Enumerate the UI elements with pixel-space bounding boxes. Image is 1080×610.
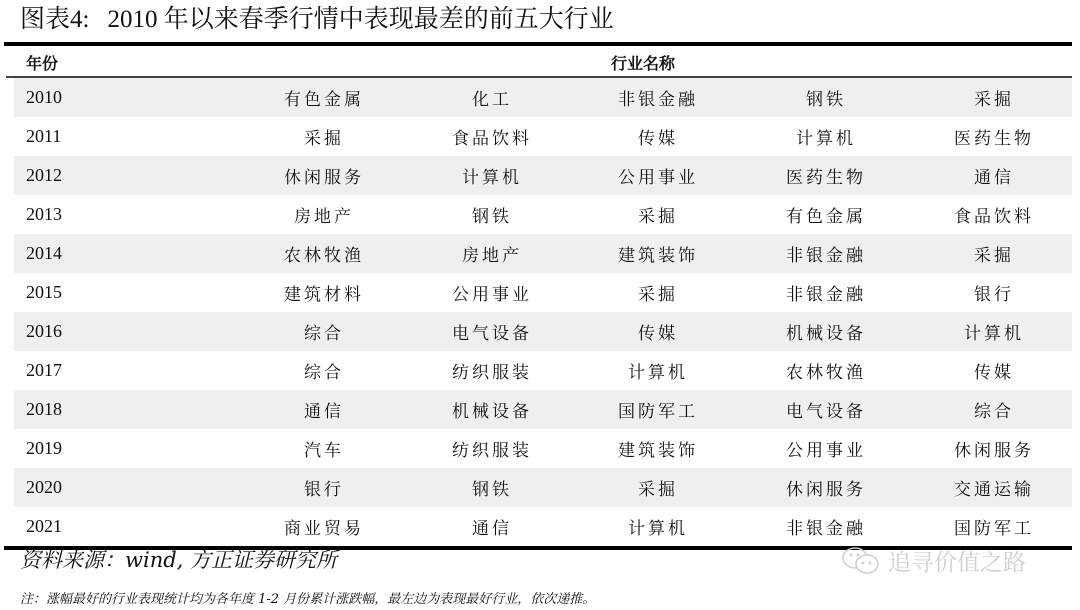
- year-cell: 2021: [14, 516, 239, 537]
- industry-cell: 综合: [914, 397, 1074, 422]
- year-cell: 2020: [14, 477, 239, 498]
- table-row: 2014农林牧渔房地产建筑装饰非银金融采掘: [14, 234, 1072, 273]
- industry-cell: 纺织服装: [412, 436, 572, 461]
- industry-cell: 化工: [412, 85, 572, 110]
- footnote: 注：涨幅最好的行业表现统计均为各年度 1-2 月份累计涨跌幅，最左边为表现最好行…: [20, 588, 595, 607]
- industry-cell: 建筑装饰: [578, 436, 738, 461]
- header-year: 年份: [26, 51, 58, 74]
- industry-cell: 公用事业: [578, 163, 738, 188]
- year-cell: 2019: [14, 438, 239, 459]
- industry-cell: 采掘: [914, 85, 1074, 110]
- industry-cell: 计算机: [412, 163, 572, 188]
- industry-cell: 医药生物: [746, 163, 906, 188]
- industry-cell: 建筑装饰: [578, 241, 738, 266]
- industry-cell: 休闲服务: [746, 475, 906, 500]
- year-cell: 2013: [14, 204, 239, 225]
- industry-cell: 银行: [244, 475, 404, 500]
- industry-cell: 交通运输: [914, 475, 1074, 500]
- industry-cell: 传媒: [578, 124, 738, 149]
- table-row: 2020银行钢铁采掘休闲服务交通运输: [14, 468, 1072, 507]
- industry-cell: 电气设备: [746, 397, 906, 422]
- watermark: 追寻价值之路: [840, 544, 1026, 577]
- industry-cell: 国防军工: [578, 397, 738, 422]
- industry-cell: 综合: [244, 358, 404, 383]
- industry-cell: 计算机: [746, 124, 906, 149]
- year-cell: 2018: [14, 399, 239, 420]
- table-row: 2021商业贸易通信计算机非银金融国防军工: [14, 507, 1072, 546]
- industry-cell: 传媒: [914, 358, 1074, 383]
- industry-cell: 非银金融: [746, 280, 906, 305]
- source-text: 资料来源：wind, 方正证券研究所: [20, 544, 337, 574]
- table-row: 2011采掘食品饮料传媒计算机医药生物: [14, 117, 1072, 156]
- industry-cell: 计算机: [914, 319, 1074, 344]
- industry-cell: 传媒: [578, 319, 738, 344]
- industry-cell: 机械设备: [746, 319, 906, 344]
- industry-cell: 商业贸易: [244, 514, 404, 539]
- table-row: 2012休闲服务计算机公用事业医药生物通信: [14, 156, 1072, 195]
- table-row: 2010有色金属化工非银金融钢铁采掘: [14, 78, 1072, 117]
- figure-title-prefix: 图表4:: [20, 6, 89, 33]
- industry-cell: 采掘: [244, 124, 404, 149]
- industry-cell: 钢铁: [746, 85, 906, 110]
- industry-cell: 计算机: [578, 514, 738, 539]
- industry-table: 年份 行业名称 2010有色金属化工非银金融钢铁采掘2011采掘食品饮料传媒计算…: [6, 42, 1072, 550]
- table-header: 年份 行业名称: [6, 46, 1072, 78]
- industry-cell: 非银金融: [746, 241, 906, 266]
- table-row: 2013房地产钢铁采掘有色金属食品饮料: [14, 195, 1072, 234]
- industry-cell: 农林牧渔: [244, 241, 404, 266]
- industry-cell: 休闲服务: [914, 436, 1074, 461]
- industry-cell: 纺织服装: [412, 358, 572, 383]
- industry-cell: 电气设备: [412, 319, 572, 344]
- industry-cell: 计算机: [578, 358, 738, 383]
- industry-cell: 通信: [914, 163, 1074, 188]
- industry-cell: 非银金融: [578, 85, 738, 110]
- industry-cell: 房地产: [244, 202, 404, 227]
- table-row: 2015建筑材料公用事业采掘非银金融银行: [14, 273, 1072, 312]
- industry-cell: 采掘: [914, 241, 1074, 266]
- industry-cell: 银行: [914, 280, 1074, 305]
- year-cell: 2016: [14, 321, 239, 342]
- watermark-text: 追寻价值之路: [888, 544, 1026, 577]
- industry-cell: 钢铁: [412, 475, 572, 500]
- industry-cell: 有色金属: [746, 202, 906, 227]
- industry-cell: 汽车: [244, 436, 404, 461]
- industry-cell: 休闲服务: [244, 163, 404, 188]
- table-row: 2017综合纺织服装计算机农林牧渔传媒: [14, 351, 1072, 390]
- industry-cell: 通信: [244, 397, 404, 422]
- table-row: 2019汽车纺织服装建筑装饰公用事业休闲服务: [14, 429, 1072, 468]
- industry-cell: 公用事业: [412, 280, 572, 305]
- industry-cell: 钢铁: [412, 202, 572, 227]
- figure-title-text: 2010 年以来春季行情中表现最差的前五大行业: [107, 6, 613, 33]
- header-industry: 行业名称: [611, 51, 675, 74]
- wechat-icon: [840, 545, 884, 577]
- industry-cell: 采掘: [578, 202, 738, 227]
- year-cell: 2014: [14, 243, 239, 264]
- year-cell: 2011: [14, 126, 239, 147]
- table-body: 2010有色金属化工非银金融钢铁采掘2011采掘食品饮料传媒计算机医药生物201…: [14, 78, 1072, 546]
- industry-cell: 食品饮料: [412, 124, 572, 149]
- figure-title: 图表4:2010 年以来春季行情中表现最差的前五大行业: [20, 4, 614, 36]
- year-cell: 2012: [14, 165, 239, 186]
- year-cell: 2010: [14, 87, 239, 108]
- industry-cell: 房地产: [412, 241, 572, 266]
- industry-cell: 国防军工: [914, 514, 1074, 539]
- table-row: 2018通信机械设备国防军工电气设备综合: [14, 390, 1072, 429]
- year-cell: 2015: [14, 282, 239, 303]
- industry-cell: 非银金融: [746, 514, 906, 539]
- year-cell: 2017: [14, 360, 239, 381]
- industry-cell: 建筑材料: [244, 280, 404, 305]
- table-row: 2016综合电气设备传媒机械设备计算机: [14, 312, 1072, 351]
- industry-cell: 采掘: [578, 475, 738, 500]
- industry-cell: 机械设备: [412, 397, 572, 422]
- industry-cell: 综合: [244, 319, 404, 344]
- industry-cell: 有色金属: [244, 85, 404, 110]
- industry-cell: 公用事业: [746, 436, 906, 461]
- industry-cell: 采掘: [578, 280, 738, 305]
- industry-cell: 食品饮料: [914, 202, 1074, 227]
- industry-cell: 医药生物: [914, 124, 1074, 149]
- industry-cell: 农林牧渔: [746, 358, 906, 383]
- industry-cell: 通信: [412, 514, 572, 539]
